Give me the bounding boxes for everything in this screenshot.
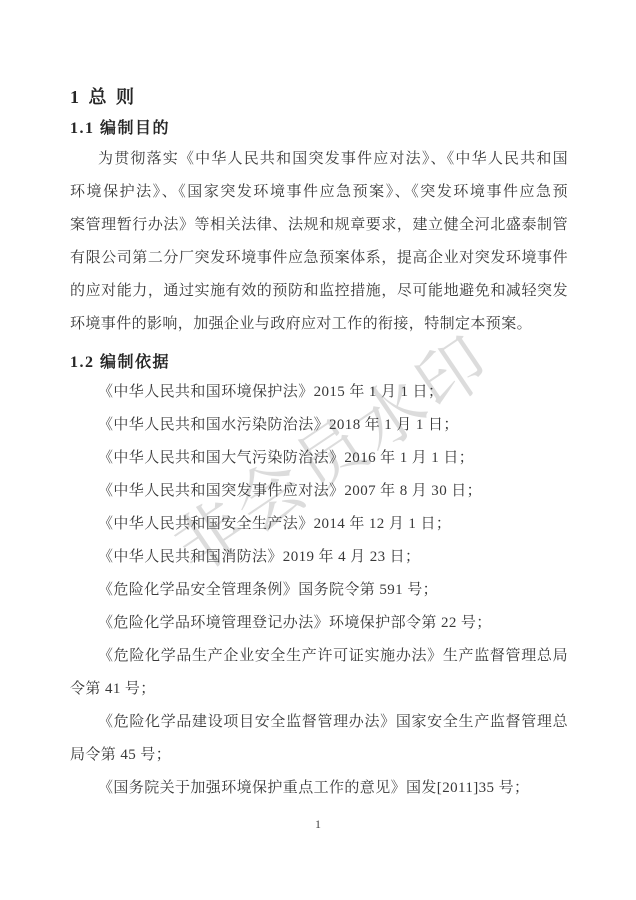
reference-line: 令第 41 号； (70, 673, 568, 706)
section-purpose-heading: 1.1 编制目的 (70, 115, 170, 138)
reference-line: 局令第 45 号； (70, 739, 568, 772)
reference-line: 《中华人民共和国大气污染防治法》2016 年 1 月 1 日； (70, 442, 568, 475)
reference-line: 《危险化学品生产企业安全生产许可证实施办法》生产监督管理总局 (70, 640, 568, 673)
reference-line: 《危险化学品环境管理登记办法》环境保护部令第 22 号； (70, 607, 568, 640)
reference-line: 《中华人民共和国消防法》2019 年 4 月 23 日； (70, 541, 568, 574)
reference-line: 《危险化学品建设项目安全监督管理办法》国家安全生产监督管理总 (70, 706, 568, 739)
reference-line: 《中华人民共和国安全生产法》2014 年 12 月 1 日； (70, 508, 568, 541)
section-basis-heading: 1.2 编制依据 (70, 349, 170, 372)
reference-line: 《危险化学品安全管理条例》国务院令第 591 号； (70, 574, 568, 607)
reference-line: 《中华人民共和国环境保护法》2015 年 1 月 1 日； (70, 376, 568, 409)
reference-line: 《中华人民共和国水污染防治法》2018 年 1 月 1 日； (70, 409, 568, 442)
reference-line: 《国务院关于加强环境保护重点工作的意见》国发[2011]35 号； (70, 772, 568, 805)
purpose-paragraph: 为贯彻落实《中华人民共和国突发事件应对法》、《中华人民共和国 环境保护法》、《国… (70, 143, 568, 341)
paragraph-line: 有限公司第二分厂突发环境事件应急预案体系，提高企业对突发环境事件 (70, 242, 568, 275)
paragraph-line: 为贯彻落实《中华人民共和国突发事件应对法》、《中华人民共和国 (70, 143, 568, 176)
reference-line: 《中华人民共和国突发事件应对法》2007 年 8 月 30 日； (70, 475, 568, 508)
paragraph-line: 案管理暂行办法》等相关法律、法规和规章要求，建立健全河北盛泰制管 (70, 209, 568, 242)
paragraph-line: 环境保护法》、《国家突发环境事件应急预案》、《突发环境事件应急预 (70, 176, 568, 209)
paragraph-line: 环境事件的影响，加强企业与政府应对工作的衔接，特制定本预案。 (70, 308, 568, 341)
chapter-heading: 1 总 则 (70, 83, 137, 109)
reference-list: 《中华人民共和国环境保护法》2015 年 1 月 1 日； 《中华人民共和国水污… (70, 376, 568, 805)
document-page: 非会员水印 1 总 则 1.1 编制目的 为贯彻落实《中华人民共和国突发事件应对… (0, 0, 636, 900)
paragraph-line: 的应对能力，通过实施有效的预防和监控措施，尽可能地避免和减轻突发 (70, 275, 568, 308)
page-number: 1 (0, 817, 636, 832)
